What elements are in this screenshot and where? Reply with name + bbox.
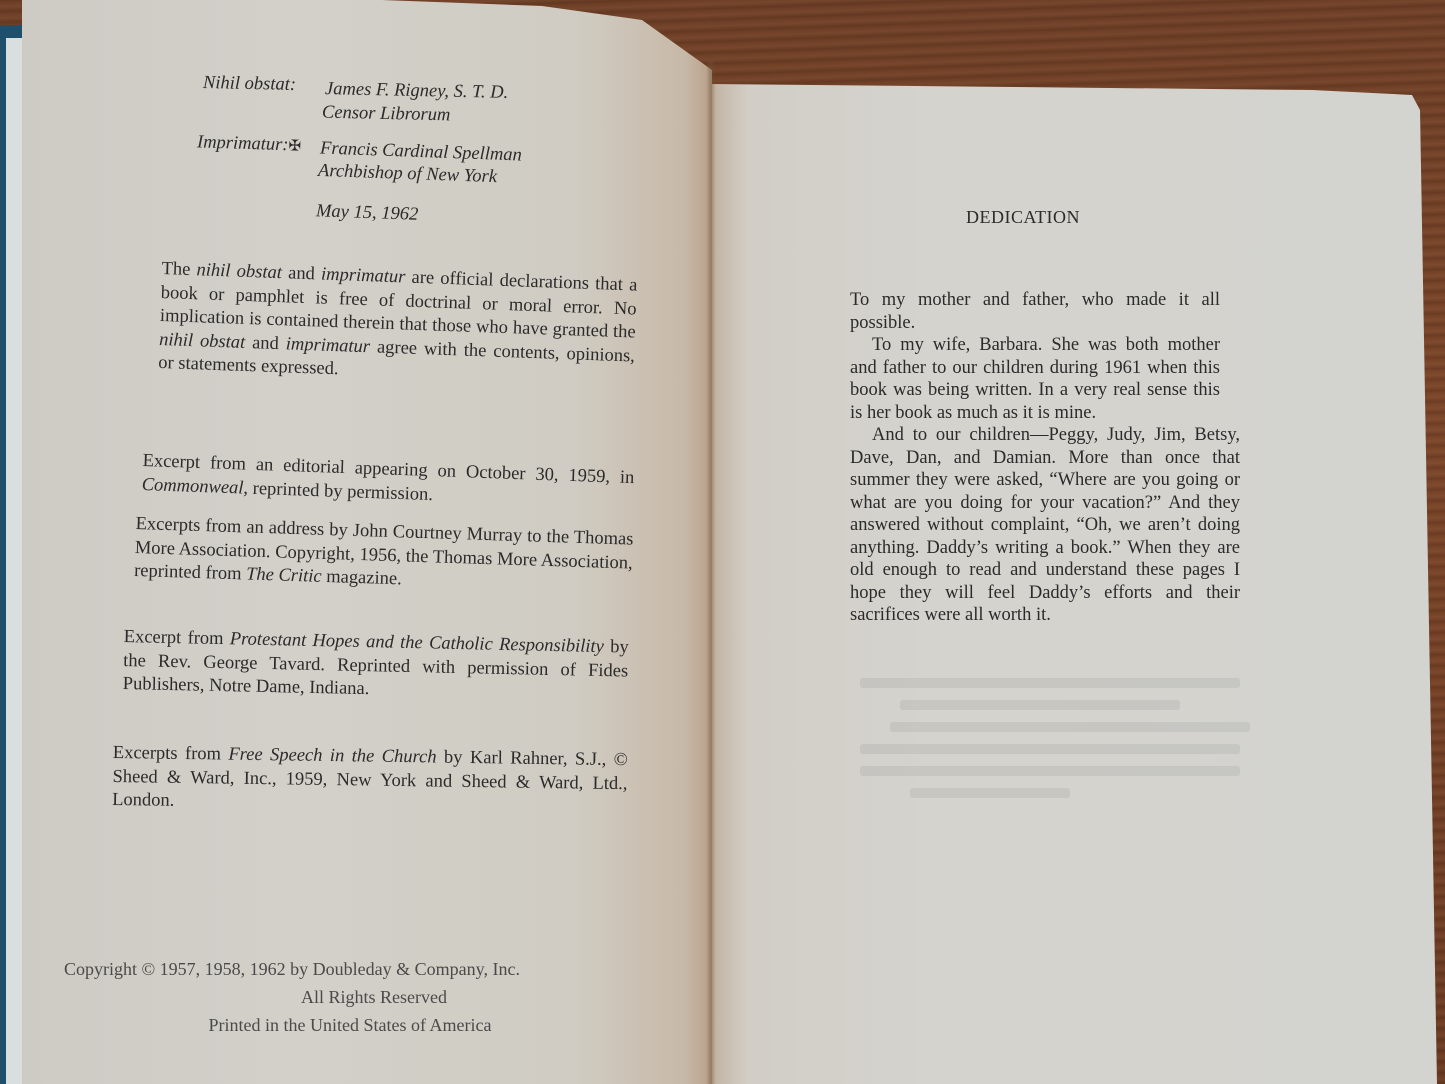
declaration-text: and: [282, 263, 322, 284]
imprimatur-label-text: Imprimatur:: [197, 132, 289, 155]
dedication-heading: DEDICATION: [966, 207, 1080, 228]
nihil-obstat-title: Censor Librorum: [322, 102, 451, 128]
dedication-paragraph: To my mother and father, who made it all…: [850, 289, 1220, 334]
nihil-obstat-label: Nihil obstat:: [203, 72, 297, 97]
dedication-body: To my mother and father, who made it all…: [850, 289, 1220, 627]
show-through-text: [860, 766, 1240, 776]
dedication-paragraph: To my wife, Barbara. She was both mother…: [850, 334, 1220, 424]
book-gutter: [706, 60, 716, 1084]
declaration-text: The: [161, 259, 197, 280]
dedication-paragraph: And to our children—Peggy, Judy, Jim, Be…: [850, 424, 1240, 627]
printed-in-line: Printed in the United States of America: [60, 1011, 640, 1039]
declaration-italic: imprimatur: [321, 265, 406, 288]
show-through-text: [860, 744, 1240, 754]
declaration-italic: nihil obstat: [159, 329, 246, 352]
credit-text: magazine.: [321, 567, 402, 590]
show-through-text: [860, 678, 1240, 688]
show-through-text: [910, 788, 1070, 798]
declaration-italic: nihil obstat: [196, 260, 282, 283]
credit-italic: Free Speech in the Church: [228, 745, 436, 768]
copyright-block: Copyright © 1957, 1958, 1962 by Doubleda…: [64, 955, 654, 1039]
credit-rahner: Excerpts from Free Speech in the Church …: [112, 742, 628, 820]
credit-text: , reprinted by permission.: [243, 478, 433, 505]
declaration-text: and: [245, 332, 286, 353]
book-cover-inner-edge: [6, 38, 24, 1084]
imprimatur-label: Imprimatur:✠: [197, 131, 302, 159]
copyright-line: Copyright © 1957, 1958, 1962 by Doubleda…: [64, 955, 654, 983]
declaration-italic: imprimatur: [285, 334, 370, 357]
approval-date: May 15, 1962: [316, 200, 419, 227]
credit-text: Excerpts from: [113, 743, 229, 765]
show-through-text: [890, 722, 1250, 732]
rights-line: All Rights Reserved: [124, 983, 624, 1011]
show-through-text: [900, 700, 1180, 710]
credit-tavard: Excerpt from Protestant Hopes and the Ca…: [123, 626, 629, 707]
credit-text: Excerpt from: [124, 627, 231, 649]
cross-icon: ✠: [288, 138, 301, 154]
credit-italic: Commonweal: [141, 474, 243, 498]
credit-italic: The Critic: [246, 564, 322, 586]
nihil-obstat-declaration: The nihil obstat and imprimatur are offi…: [158, 258, 638, 392]
